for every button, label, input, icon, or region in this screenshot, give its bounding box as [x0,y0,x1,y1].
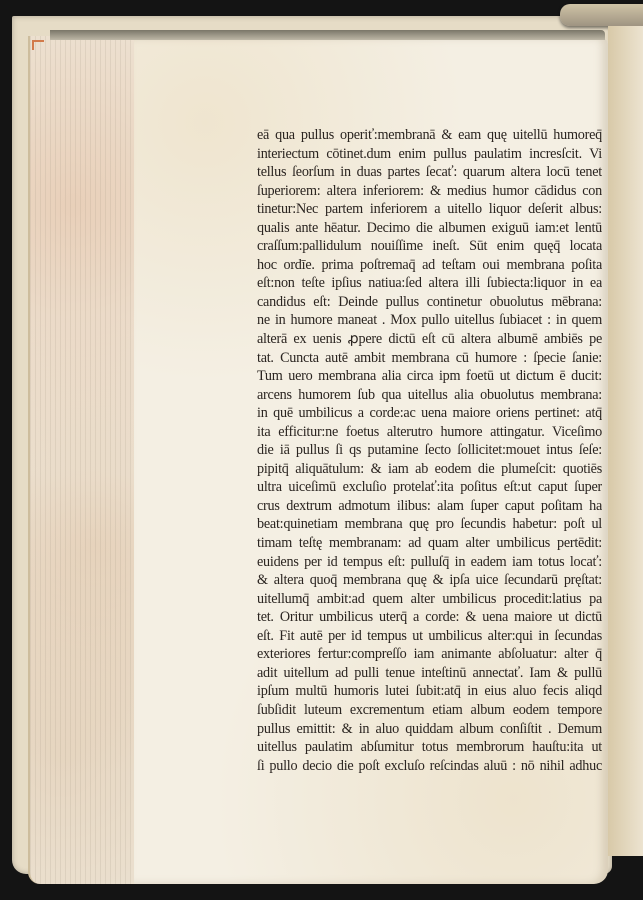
text-line: uitellumq̄ ambit:ad quem alter umbilicus… [257,590,602,609]
text-line: candidus eſt: Deinde pullus continetur o… [257,293,602,312]
text-line: ſi pullo decio die poſt excluſo reſcinda… [257,757,602,776]
book-spine-headband [560,4,643,26]
page-edges-stack [28,36,138,884]
text-line: craſſum:pallidulum nouiſſime ineſt. Sūt … [257,237,602,256]
top-page-shadow [50,30,605,40]
text-line: hoc ordīe. prima poſtremaq̄ ad teſtam ou… [257,256,602,275]
text-line: euidens per id tempus eſt: pulluſq̄ in e… [257,553,602,572]
text-line: in quē umbilicus a corde:ac uena maiore … [257,404,602,423]
text-line: eſt:non teſte ipſius natiua:ſed altera i… [257,274,602,293]
text-line: tet. Oritur umbilicus uterq̄ a corde: & … [257,608,602,627]
text-line: Tum uero membrana alia circa ipm foetū u… [257,367,602,386]
text-line: timam teſtę membranam: ad quam alter umb… [257,534,602,553]
text-line: tinetur:Nec partem inferiorem a uitello … [257,200,602,219]
text-line: tat. Cuncta autē ambit membrana cū humor… [257,349,602,368]
text-line: pullus emittit: & in aluo quiddam album … [257,720,602,739]
text-line: exteriores fertur:compreſſo iam animante… [257,645,602,664]
text-line: uitellus paulatim abſumitur totus membro… [257,738,602,757]
text-line: ita efficitur:ne foetus alterutro humore… [257,423,602,442]
text-line: eſt. Fit autē per id tempus ut umbilicus… [257,627,602,646]
text-line: arcens humorem ſub qua uitellus alia obu… [257,386,602,405]
text-line: interiectum cōtinet.dum enim pullus paul… [257,145,602,164]
text-line: ipſum multū humoris lutei ſubit:atq̄ in … [257,682,602,701]
printed-text-block: eā qua pullus operiť:membranā & eam quę … [257,126,602,775]
book-scan-viewer: eā qua pullus operiť:membranā & eam quę … [0,0,643,900]
red-corner-mark [32,40,44,50]
text-line: qualis ante hēatur. Decimo die albumen e… [257,219,602,238]
text-line: ſubſidit luteum excrementum etiam album … [257,701,602,720]
text-line: & altera quoq̄ membrana quę & ipſa uice … [257,571,602,590]
text-line: pipitq̄ aliquātulum: & iam ab eodem die … [257,460,602,479]
text-line: ultra uiceſimū excluſio protelať:ita poſ… [257,478,602,497]
text-line: crus dextrum admotum ilibus: alam ſuper … [257,497,602,516]
text-line: adit uitellum ad pulli tenue inteſtinū a… [257,664,602,683]
text-line: beat:quinetiam membrana quę pro ſecundis… [257,515,602,534]
facing-page-edge [608,26,643,856]
text-line: ſuperiorem: altera inferiorem: & medius … [257,182,602,201]
text-line: eā qua pullus operiť:membranā & eam quę … [257,126,602,145]
text-line: ne in humore maneat . Mox pullo uitellus… [257,311,602,330]
text-line: tellus ſeorſum in duas partes ſecať: qua… [257,163,602,182]
text-line: die iā pullus ſi qs putamine ſecto ſolli… [257,441,602,460]
text-line: alterā ex uenis ꝓpere dictū eſt cū alter… [257,330,602,349]
